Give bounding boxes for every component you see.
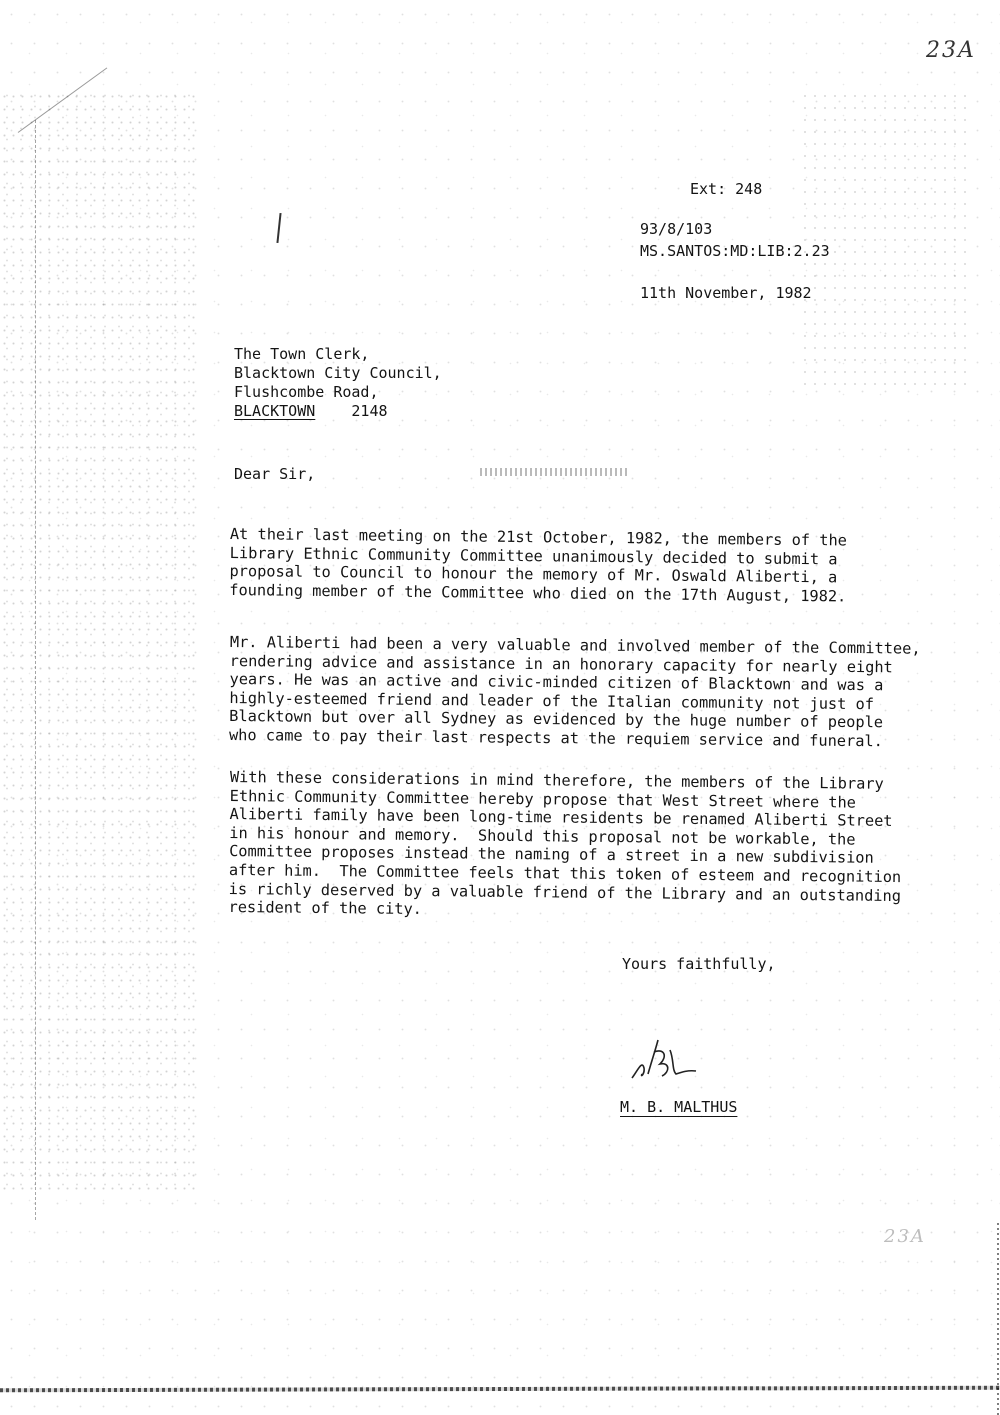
letter-date: 11th November, 1982 [640,284,812,303]
paragraph-1: At their last meeting on the 21st Octobe… [229,525,990,607]
recipient-line-2: Blacktown City Council, [234,364,442,383]
folio-number: 23A [926,38,976,63]
scan-edge-right [997,1220,999,1415]
paragraph-3: With these considerations in mind theref… [228,768,990,925]
recipient-address: The Town Clerk, Blacktown City Council, … [234,345,442,421]
folio-number-faint: 23A [884,1226,926,1247]
pencil-mark [276,213,281,243]
recipient-city: BLACKTOWN [234,402,315,420]
recipient-line-1: The Town Clerk, [234,345,442,364]
reference-code: MS.SANTOS:MD:LIB:2.23 [640,242,830,261]
salutation: Dear Sir, [234,465,315,483]
file-number: 93/8/103 [640,220,712,239]
scan-fold-line [18,67,108,132]
signer-name: M. B. MALTHUS [620,1098,737,1116]
recipient-line-3: Flushcombe Road, [234,383,442,402]
scan-noise-left [0,90,200,1190]
scan-noise-right [800,90,970,390]
signature-icon [630,1030,710,1089]
extension: Ext: 248 [690,180,762,199]
recipient-city-line: BLACKTOWN 2148 [234,402,442,421]
scan-edge-bottom [0,1386,1000,1393]
paragraph-2: Mr. Aliberti had been a very valuable an… [229,633,990,752]
closing: Yours faithfully, [622,955,776,973]
faint-bleed-through [480,468,628,476]
recipient-postcode: 2148 [351,402,387,420]
scan-edge-left [35,120,37,1220]
